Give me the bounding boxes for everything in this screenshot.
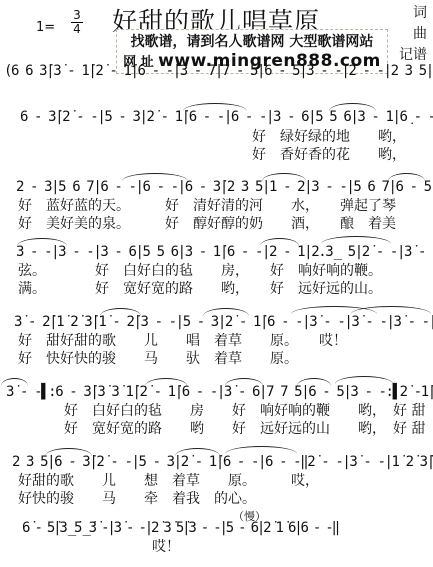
tie-arc (262, 173, 306, 181)
tie-arc (203, 308, 249, 316)
notes-line-4: 3 - -|3 - -|3 - 6|5 5 6|3 - 1̇|6 - -|2 -… (16, 244, 433, 260)
lyric-line: 好 蓝好蓝的天。 好 清好清的河 水， 弹起了琴 (18, 198, 396, 215)
lyric-line: 好 白好白的毡 房 好 响好响的鞭 哟， 好 甜 (64, 403, 425, 420)
tie-arc (1, 378, 28, 386)
notes-line-8: 6̇ - 5̇|3̲̇5̲̇3̇ -|3̇ - -|2̇ 3̇ 5̇|3 - -… (22, 520, 338, 536)
tie-arc (388, 173, 425, 181)
tie-arc (225, 378, 263, 386)
lyric-line: 好 美好美的泉。 好 醇好醇的奶 酒， 酿 着美 (18, 216, 396, 233)
lyric-line: 弦。 好 白好白的毡 房， 好 响好响的鞭。 (18, 263, 382, 280)
notes-line-7: 2 3 5|6 - 3̇|2̇ - -|5 - 3|2̇ - 1̇|6 - -|… (12, 454, 433, 470)
notes-line-3: 2 - 3|5 6 7|6 - -|6 - -|6 - 3̇|2 3 5|1 -… (16, 179, 433, 195)
tie-arc (329, 103, 376, 111)
tie-arc (351, 306, 431, 314)
time-signature: 34 (69, 9, 85, 36)
tie-arc (225, 446, 297, 454)
lyric-line: 好 宽好宽的路 哟 好 远好远的山 哟， 好 甜 (64, 421, 425, 438)
credit-lyricist: 词 (367, 3, 427, 24)
lyric-line: 好 甜好甜的歌 儿 唱 着草 原。 哎！ (18, 333, 347, 350)
lyric-line: 好 快好快的骏 马 驮 着草 原。 (18, 351, 298, 368)
key-signature: 1= (36, 20, 55, 35)
time-signature-numerator: 3 (71, 9, 83, 23)
tie-arc (335, 376, 393, 384)
lyric-line: 好 香好香的花 哟， (252, 147, 406, 164)
tie-arc (321, 236, 391, 244)
watermark-text: 找歌谱，请到名人歌谱网 大型歌谱网站 (117, 31, 387, 51)
tie-arc (183, 103, 247, 111)
notes-line-6: 3̇ - -▌:6 - 3̇|3̇ 3̇ 1̇|2̇ - 1̇|6 - -|3̇… (6, 384, 433, 400)
sheet-music-page: 1= 34 好甜的歌儿唱草原 词 曲 记谱 找歌谱，请到名人歌谱网 大型歌谱网站… (0, 0, 433, 567)
lyric-line: 好快的骏 马 牵 着我 的心。 (18, 491, 256, 508)
lyric-line: 好 绿好绿的地 哟， (252, 129, 406, 146)
tie-arc (45, 448, 92, 456)
lyric-line: 好甜的歌 儿 想 着草 原。 哎， (18, 473, 319, 490)
tie-arc (145, 378, 187, 386)
lyric-line: 哎！ (152, 539, 180, 556)
lyric-line: 满。 好 宽好宽的路 哟， 好 远好远的山。 (18, 281, 382, 298)
notes-line-5: 3̇ - 2̇|1̇ 2̇ 3̇|1̇ - 2̇|3 - -|5 - 3|2̇ … (14, 314, 433, 330)
tie-arc (122, 173, 188, 181)
notes-line-1: (6 6 3̇|3̇ - 1̇|2̇ - 1̇|6 - -|3 - 7|7 - … (4, 63, 433, 79)
tie-arc (100, 308, 141, 316)
tie-arc (297, 378, 331, 386)
time-signature-denominator: 4 (69, 23, 85, 36)
tie-arc (175, 448, 220, 456)
tie-arc (17, 238, 67, 246)
tie-arc (260, 238, 299, 246)
notes-line-2: 6 - 3̇|2̇ - -|5 - 3|2̇ - 1̇|6 - -|6 - -|… (20, 109, 433, 125)
